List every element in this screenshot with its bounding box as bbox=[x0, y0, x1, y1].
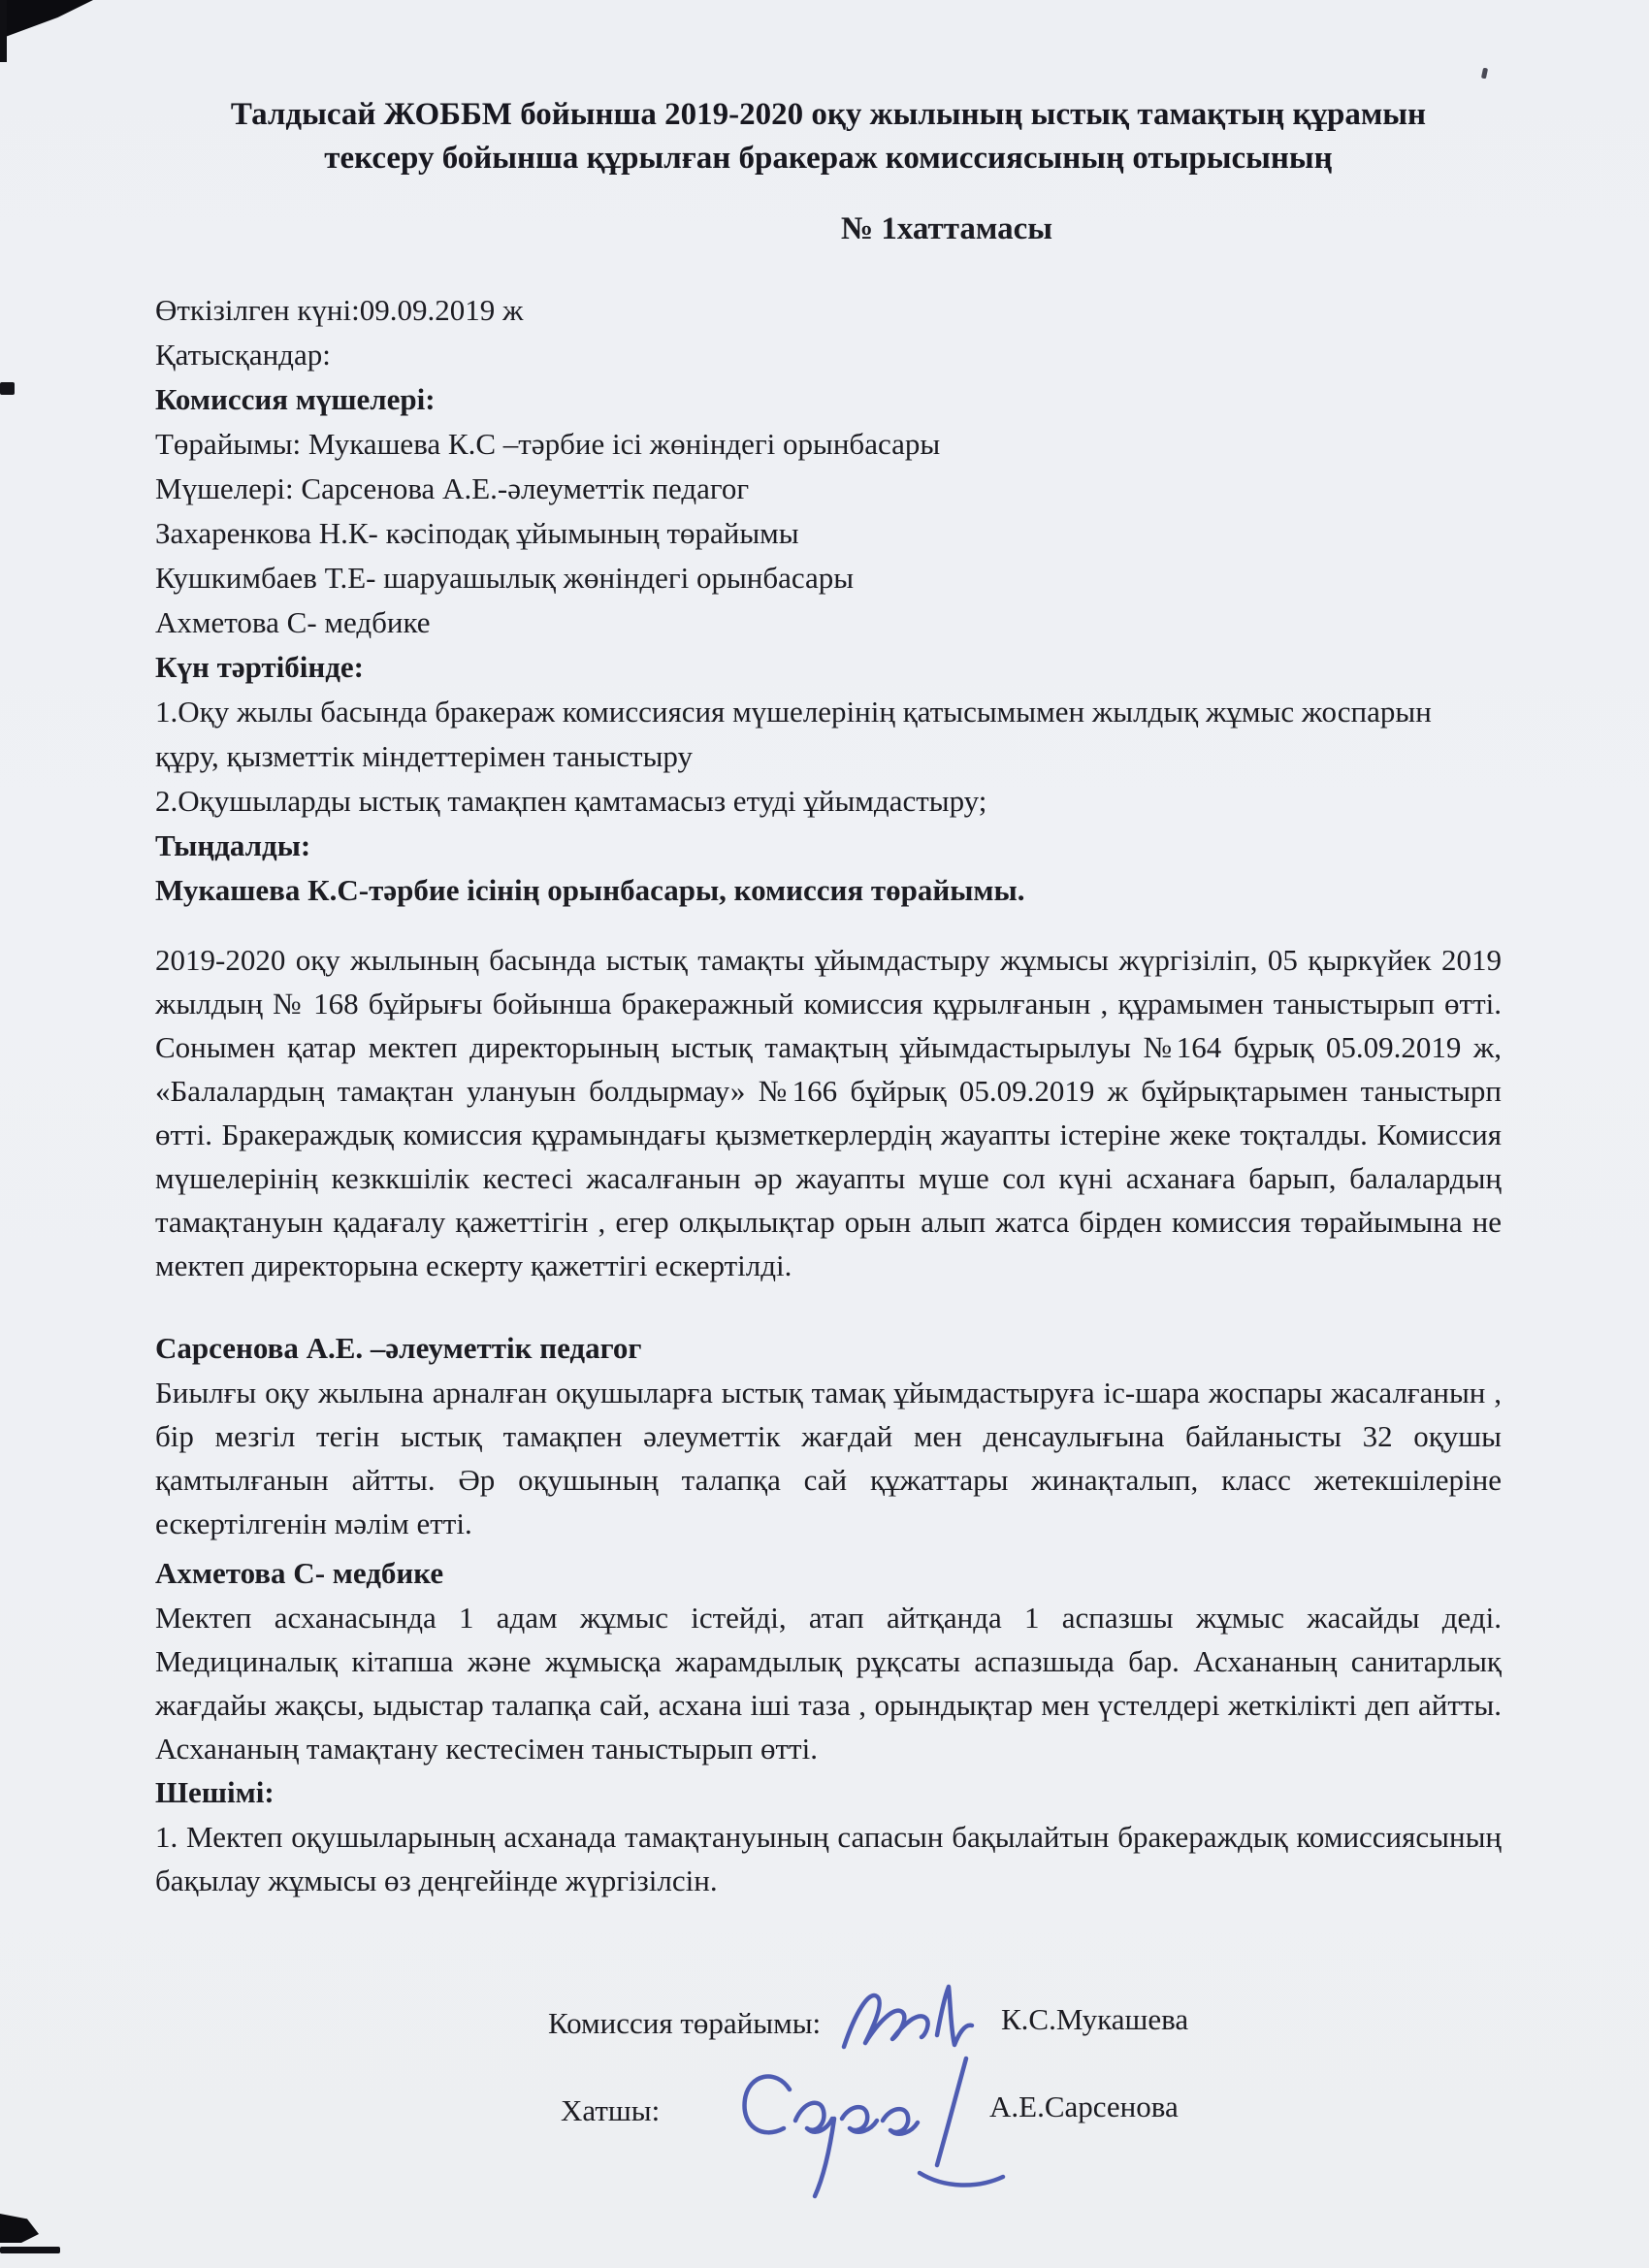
protocol-number: № 1хаттамасы bbox=[274, 208, 1620, 251]
member-line-4: Ахметова С- медбике bbox=[155, 600, 1502, 645]
date-line: Өткізілген күні:09.09.2019 ж bbox=[155, 288, 1502, 333]
decision-text: 1. Мектеп оқушыларының асханада тамақтан… bbox=[155, 1815, 1502, 1902]
member-line-2: Захаренкова Н.К- кәсіподақ ұйымының төра… bbox=[155, 511, 1502, 556]
agenda-item-1: 1.Оқу жылы басында бракераж комиссиясия … bbox=[155, 690, 1502, 779]
title-line-1: Талдысай ЖОББМ бойынша 2019-2020 оқу жыл… bbox=[155, 93, 1502, 137]
agenda-item-2: 2.Оқушыларды ыстық тамақпен қамтамасыз е… bbox=[155, 779, 1502, 824]
speaker2-paragraph: Биылғы оқу жылына арналған оқушыларға ыс… bbox=[155, 1371, 1502, 1545]
scan-corner-artifact bbox=[0, 0, 93, 39]
signature-name-chair: К.С.Мукашева bbox=[1001, 2002, 1188, 2037]
decision-heading: Шешімі: bbox=[155, 1770, 1502, 1815]
signature-role-chair: Комиссия төрайымы: bbox=[548, 2006, 821, 2041]
scan-edge-line bbox=[0, 0, 7, 62]
signature-role-secretary: Хатшы: bbox=[561, 2093, 660, 2128]
speaker1-paragraph: 2019-2020 оқу жылының басында ыстық тама… bbox=[155, 938, 1502, 1287]
agenda-heading: Күн тәртібінде: bbox=[155, 645, 1502, 690]
signature-name-secretary: А.Е.Сарсенова bbox=[989, 2090, 1179, 2124]
member-line-chair: Төрайымы: Мукашева К.С –тәрбие ісі жөнін… bbox=[155, 422, 1502, 467]
page-title: Талдысай ЖОББМ бойынша 2019-2020 оқу жыл… bbox=[155, 93, 1502, 180]
scanned-protocol-document: Талдысай ЖОББМ бойынша 2019-2020 оқу жыл… bbox=[0, 0, 1649, 2268]
speaker2-heading: Сарсенова А.Е. –әлеуметтік педагог bbox=[155, 1326, 1502, 1371]
title-line-2: тексеру бойынша құрылған бракераж комисс… bbox=[155, 137, 1502, 180]
speaker3-heading: Ахметова С- медбике bbox=[155, 1551, 1502, 1596]
document-body: Талдысай ЖОББМ бойынша 2019-2020 оқу жыл… bbox=[155, 0, 1502, 1902]
signature-block: Комиссия төрайымы: К.С.Мукашева Хатшы: А… bbox=[0, 1981, 1649, 2262]
signature-ink-secretary bbox=[729, 2049, 1020, 2243]
speaker1-heading: Мукашева К.С-тәрбие ісінің орынбасары, к… bbox=[155, 868, 1502, 913]
speaker3-paragraph: Мектеп асханасында 1 адам жұмыс істейді,… bbox=[155, 1596, 1502, 1770]
participants-label: Қатысқандар: bbox=[155, 333, 1502, 377]
member-line-3: Кушкимбаев Т.Е- шаруашылық жөніндегі оры… bbox=[155, 556, 1502, 600]
heard-heading: Тыңдалды: bbox=[155, 824, 1502, 868]
members-heading: Комиссия мүшелері: bbox=[155, 377, 1502, 422]
member-line-1: Мүшелері: Сарсенова А.Е.-әлеуметтік педа… bbox=[155, 467, 1502, 511]
scan-edge-mark bbox=[0, 382, 15, 395]
